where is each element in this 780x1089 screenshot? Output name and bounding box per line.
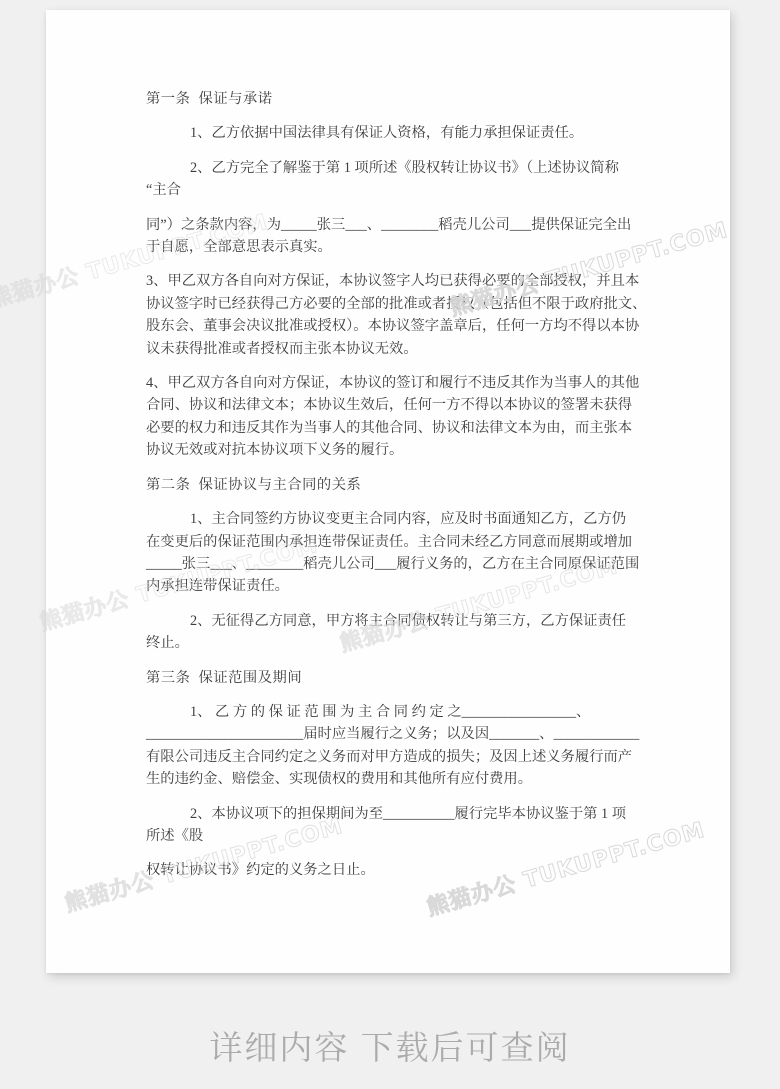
document-paragraph: 2、无征得乙方同意，甲方将主合同债权转让与第三方，乙方保证责任 终止。 — [146, 610, 668, 655]
document-paragraph: 权转让协议书》约定的义务之日止。 — [146, 859, 668, 881]
document-paragraph: 3、甲乙双方各自向对方保证，本协议签字人均已获得必要的全部授权，并且本 协议签字… — [146, 270, 668, 360]
document-paragraph: 1、乙方依据中国法律具有保证人资格，有能力承担保证责任。 — [146, 122, 668, 144]
document-paragraph: 1、 乙 方 的 保 证 范 围 为 主 合 同 约 定 之__________… — [146, 701, 668, 791]
document-page: 第一条 保证与承诺1、乙方依据中国法律具有保证人资格，有能力承担保证责任。2、乙… — [46, 10, 730, 973]
clause-heading: 第二条 保证协议与主合同的关系 — [146, 474, 668, 496]
document-paragraph: 4、甲乙双方各自向对方保证，本协议的签订和履行不违反其作为当事人的其他 合同、协… — [146, 372, 668, 462]
footer-caption: 详细内容 下载后可查阅 — [0, 1022, 780, 1069]
document-paragraph: 同”）之条款内容，为_____张三___、________稻壳儿公司___提供保… — [146, 214, 668, 259]
clause-heading: 第三条 保证范围及期间 — [146, 667, 668, 689]
document-content: 第一条 保证与承诺1、乙方依据中国法律具有保证人资格，有能力承担保证责任。2、乙… — [146, 88, 668, 894]
document-paragraph: 2、乙方完全了解鉴于第 1 项所述《股权转让协议书》（上述协议简称 “主合 — [146, 157, 668, 202]
document-paragraph: 1、主合同签约方协议变更主合同内容，应及时书面通知乙方，乙方仍 在变更后的保证范… — [146, 508, 668, 598]
clause-heading: 第一条 保证与承诺 — [146, 88, 668, 110]
document-paragraph: 2、本协议项下的担保期间为至__________履行完毕本协议鉴于第 1 项 所… — [146, 803, 668, 848]
